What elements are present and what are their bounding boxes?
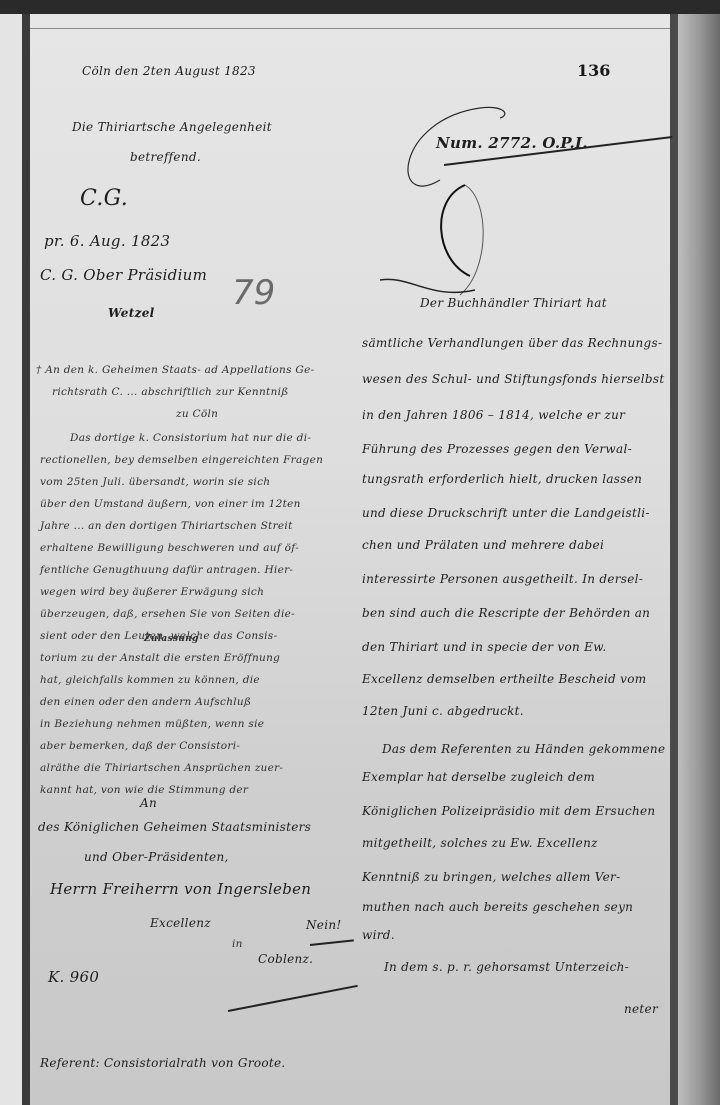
initials: C.G. xyxy=(80,186,128,211)
left-paragraph-line: Jahre ... an den dortigen Thiriartschen … xyxy=(40,520,293,532)
left-paragraph-line: überzeugen, daß, ersehen Sie von Seiten … xyxy=(40,608,295,620)
document-page xyxy=(30,14,670,1105)
right-paragraph-line: Kenntniß zu bringen, welches allem Ver- xyxy=(362,870,620,884)
right-paragraph-line: ben sind auch die Rescripte der Behörden… xyxy=(362,606,650,620)
marginal-note: † An den k. Geheimen Staats- ad Appellat… xyxy=(36,364,314,376)
right-paragraph-line: Excellenz demselben ertheilte Bescheid v… xyxy=(362,672,646,686)
address-in: in xyxy=(232,938,243,950)
left-paragraph-line: Das dortige k. Consistorium hat nur die … xyxy=(70,432,311,444)
right-paragraph-line: den Thiriart und in specie der von Ew. xyxy=(362,640,606,654)
address-line: und Ober-Präsidenten, xyxy=(84,850,229,864)
adjacent-page-left xyxy=(0,14,22,1105)
page-number: 136 xyxy=(577,61,610,80)
registry-signature: Wetzel xyxy=(108,306,154,320)
right-paragraph-line: 12ten Juni c. abgedruckt. xyxy=(362,704,524,718)
subject-line: betreffend. xyxy=(130,150,201,164)
left-paragraph-line: aber bemerken, daß der Consistori- xyxy=(40,740,240,752)
left-paragraph-line: fentliche Genugthuung dafür antragen. Hi… xyxy=(40,564,293,576)
file-number: K. 960 xyxy=(48,968,99,986)
right-paragraph-line: tungsrath erforderlich hielt, drucken la… xyxy=(362,472,642,486)
left-paragraph-line: kannt hat, von wie die Stimmung der xyxy=(40,784,248,796)
page-top-rule xyxy=(30,28,670,29)
right-paragraph-line: Königlichen Polizeipräsidio mit dem Ersu… xyxy=(362,804,655,818)
subject-line: Die Thiriartsche Angelegenheit xyxy=(72,120,272,134)
right-paragraph-line: Das dem Referenten zu Händen gekommene xyxy=(382,742,665,756)
left-paragraph-line: über den Umstand äußern, von einer im 12… xyxy=(40,498,301,510)
initial-d-flourish xyxy=(380,100,520,300)
left-paragraph-line: den einen oder den andern Aufschluß xyxy=(40,696,251,708)
right-paragraph-line: sämtliche Verhandlungen über das Rechnun… xyxy=(362,336,662,350)
address-recipient: Herrn Freiherrn von Ingersleben xyxy=(50,880,311,898)
registry-office: C. G. Ober Präsidium xyxy=(40,266,207,284)
right-paragraph-line: wesen des Schul- und Stiftungsfonds hier… xyxy=(362,372,664,386)
binding-right xyxy=(670,14,678,1105)
address-title: Excellenz xyxy=(150,916,211,930)
left-paragraph-line: wegen wird bey äußerer Erwägung sich xyxy=(40,586,264,598)
right-paragraph-line: chen und Prälaten und mehrere dabei xyxy=(362,538,604,552)
address-city: Coblenz. xyxy=(258,952,313,966)
right-paragraph-line: Exemplar hat derselbe zugleich dem xyxy=(362,770,595,784)
right-paragraph-line: Der Buchhändler Thiriart hat xyxy=(420,296,607,310)
place-date: Cöln den 2ten August 1823 xyxy=(82,64,256,78)
left-paragraph-line: hat, gleichfalls kommen zu können, die xyxy=(40,674,260,686)
right-paragraph-line: in den Jahren 1806 – 1814, welche er zur xyxy=(362,408,625,422)
left-paragraph-line: vom 25ten Juli. übersandt, worin sie sic… xyxy=(40,476,270,488)
left-paragraph-line: alräthe die Thiriartschen Ansprüchen zue… xyxy=(40,762,283,774)
right-paragraph-line: Führung des Prozesses gegen den Verwal- xyxy=(362,442,632,456)
address-annotation: Nein! xyxy=(306,918,342,932)
closing-formula-end: neter xyxy=(624,1002,658,1016)
marginal-note: richtsrath C. ... abschriftlich zur Kenn… xyxy=(52,386,289,398)
left-paragraph-line: torium zu der Anstalt die ersten Eröffnu… xyxy=(40,652,280,664)
registry-date: pr. 6. Aug. 1823 xyxy=(44,232,170,250)
marginal-note: zu Cöln xyxy=(176,408,218,420)
salutation: An xyxy=(140,796,157,810)
pencil-number: 79 xyxy=(232,273,275,313)
inserted-correction: Zulassung xyxy=(144,634,199,644)
right-paragraph-line: muthen nach auch bereits geschehen seyn xyxy=(362,900,633,914)
referent-line: Referent: Consistorialrath von Groote. xyxy=(40,1056,286,1070)
left-paragraph-line: in Beziehung nehmen müßten, wenn sie xyxy=(40,718,264,730)
left-paragraph-line: erhaltene Bewilligung beschweren und auf… xyxy=(40,542,299,554)
closing-formula: In dem s. p. r. gehorsamst Unterzeich- xyxy=(384,960,629,974)
right-paragraph-line: wird. xyxy=(362,928,395,942)
adjacent-page-right xyxy=(678,14,720,1105)
binding-left xyxy=(22,14,30,1105)
right-paragraph-line: und diese Druckschrift unter die Landgei… xyxy=(362,506,650,520)
scan-top-edge xyxy=(0,0,720,14)
left-paragraph-line: rectionellen, bey demselben eingereichte… xyxy=(40,454,323,466)
right-paragraph-line: interessirte Personen ausgetheilt. In de… xyxy=(362,572,643,586)
address-line: des Königlichen Geheimen Staatsministers xyxy=(38,820,311,834)
right-paragraph-line: mitgetheilt, solches zu Ew. Excellenz xyxy=(362,836,598,850)
